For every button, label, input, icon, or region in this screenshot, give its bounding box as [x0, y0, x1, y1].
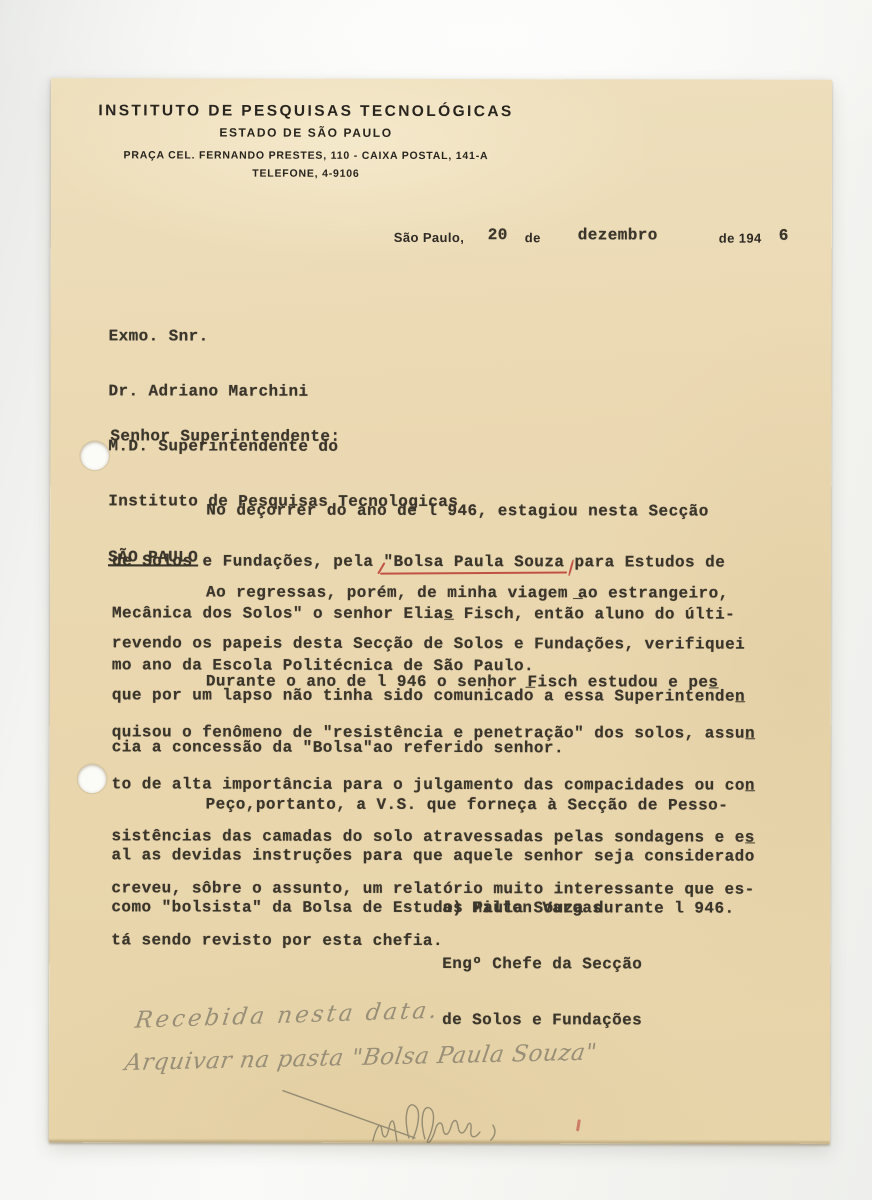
dateline-year-digit-typed: 6 — [779, 227, 789, 245]
letterhead-address: PRAÇA CEL. FERNANDO PRESTES, 110 - CAIXA… — [76, 149, 536, 162]
body-line: Peço,portanto, a V.S. que forneça à Secç… — [112, 796, 792, 815]
recipient-line: Exmo. Snr. — [109, 327, 459, 346]
handwritten-note-received: Recebida nesta data. — [133, 998, 441, 1034]
body-line: quisou o fenômeno de "resistência e pene… — [112, 725, 792, 744]
signature-line: a) Milton Vargas — [442, 899, 642, 918]
letterhead-state: ESTADO DE SÃO PAULO — [76, 125, 536, 140]
salutation: Senhor Superintendente: — [110, 427, 340, 445]
punch-hole-bottom — [78, 764, 107, 793]
signature-line: de Solos e Fundações — [442, 1011, 642, 1030]
body-line: Ao regressas, porém, de minha viagem ̲ao… — [112, 584, 792, 603]
letter-paper: INSTITUTO DE PESQUISAS TECNOLÓGICAS ESTA… — [49, 78, 832, 1144]
punch-hole-top — [80, 441, 109, 470]
body-line: Durante o ano de l 946 o senhor F̲isch e… — [112, 673, 792, 692]
signature-line: Engº Chefe da Secção — [442, 955, 642, 974]
handwritten-note-archive: Arquivar na pasta "Bolsa Paula Souza" — [123, 1040, 599, 1077]
letterhead: INSTITUTO DE PESQUISAS TECNOLÓGICAS ESTA… — [76, 78, 536, 79]
recipient-line: Dr. Adriano Marchini — [108, 382, 458, 401]
signature-block: a) Milton Vargas Engº Chefe da Secção de… — [442, 862, 642, 1067]
body-line: No deçorrer do ano de l 946, estagiou ne… — [112, 502, 792, 521]
dateline-day-typed: 20 — [488, 226, 508, 244]
dateline-de-printed: de — [525, 230, 541, 245]
dateline-month-typed: dezembro — [578, 226, 658, 244]
dateline: São Paulo, 20 de dezembro de 194 6 — [51, 78, 832, 80]
letterhead-phone: TELEFONE, 4-9106 — [76, 167, 536, 180]
letterhead-org-name: INSTITUTO DE PESQUISAS TECNOLÓGICAS — [76, 102, 536, 121]
red-ink-speck — [576, 1119, 581, 1131]
handwritten-signature-scrawl — [277, 1081, 527, 1144]
scanned-letter-background: INSTITUTO DE PESQUISAS TECNOLÓGICAS ESTA… — [0, 0, 872, 1200]
dateline-city-printed: São Paulo, — [394, 230, 465, 245]
dateline-year-printed: de 194 — [719, 231, 762, 246]
